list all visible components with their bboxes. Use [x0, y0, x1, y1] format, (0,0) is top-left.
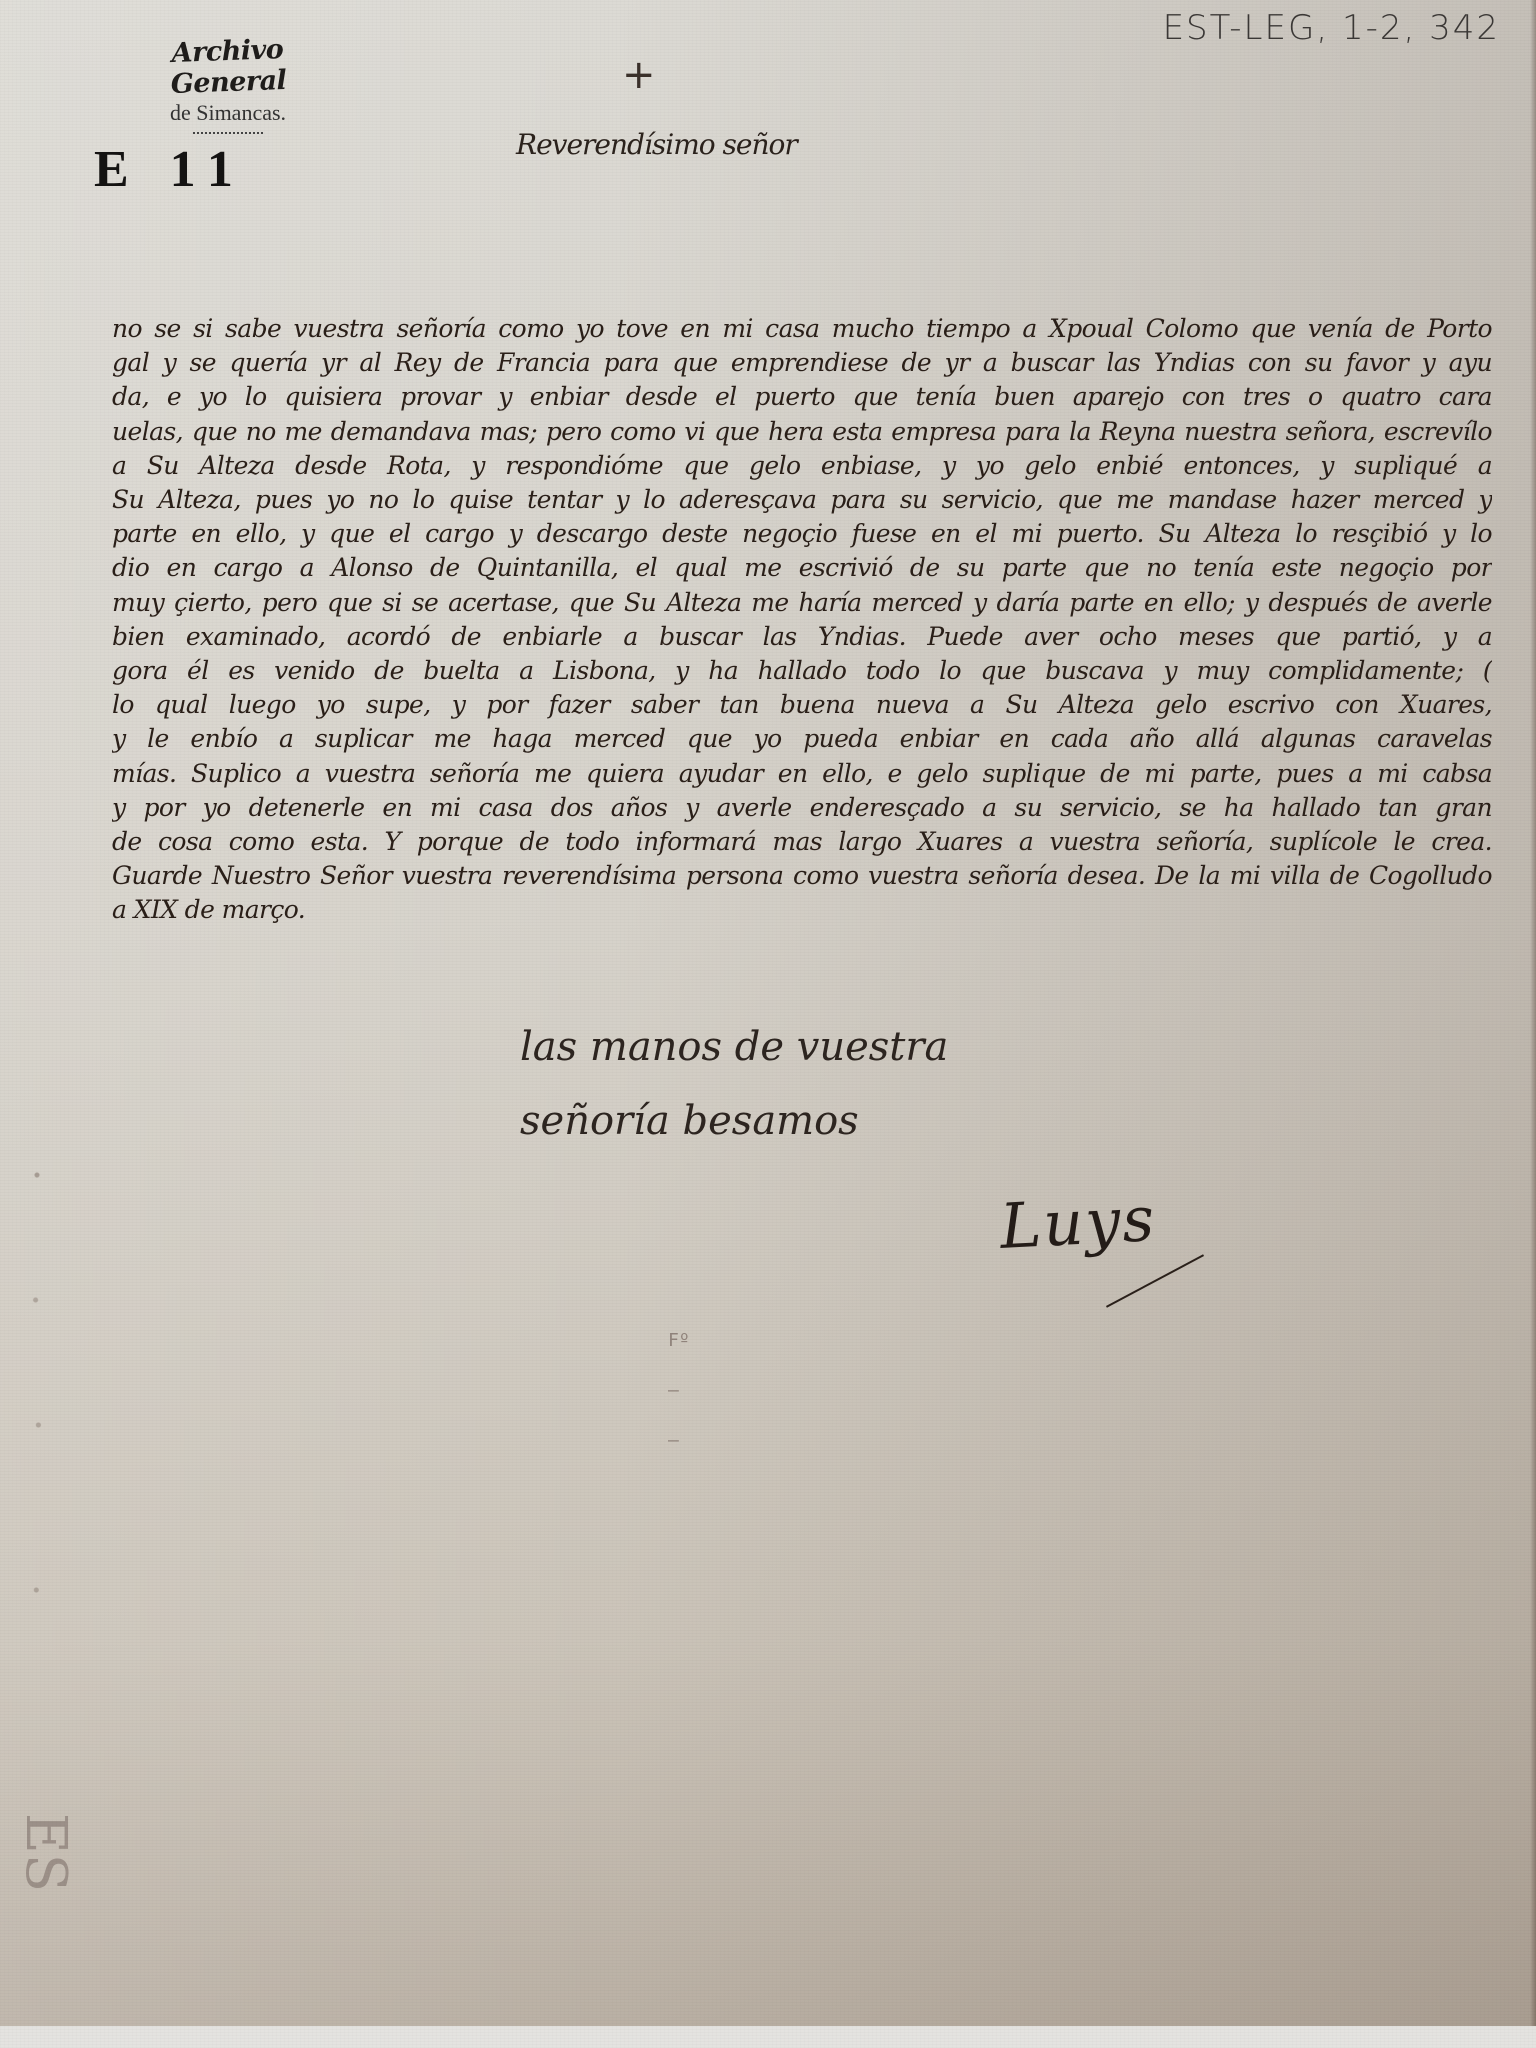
faint-archival-marks: Fº — –: [668, 1316, 728, 1466]
pencil-reference: EST-LEG, 1-2, 342: [1163, 8, 1500, 48]
body-line: Guarde Nuestro Señor vuestra reverendísi…: [112, 859, 1492, 893]
body-line: bien examinado, acordó de enbiarle a bus…: [112, 620, 1492, 654]
archive-stamp-title: Archivo General: [117, 32, 339, 102]
body-line: y por yo detenerle en mi casa dos años y…: [112, 791, 1492, 825]
closing-line: señoría besamos: [520, 1084, 948, 1158]
archive-stamp-subtitle: de Simancas.: [118, 100, 338, 126]
body-line: lo qual luego yo supe, y por fazer saber…: [112, 688, 1492, 722]
body-line: a Su Alteza desde Rota, y respondióme qu…: [112, 449, 1492, 483]
signature: Luys: [998, 1182, 1158, 1263]
stamp-rule-divider: [193, 132, 263, 134]
salutation: Reverendísimo señor: [516, 128, 797, 161]
signature-rubric-stroke: [1106, 1254, 1204, 1307]
manuscript-page: Archivo General de Simancas. E 11 EST-LE…: [0, 0, 1536, 2048]
body-line: a XIX de março.: [112, 893, 1492, 927]
body-line: dio en cargo a Alonso de Quintanilla, el…: [112, 551, 1492, 585]
body-line: parte en ello, y que el cargo y descargo…: [112, 517, 1492, 551]
closing-line: las manos de vuestra: [520, 1010, 948, 1084]
closing-formula: las manos de vuestra señoría besamos: [520, 1010, 948, 1158]
letter-body: no se si sabe vuestra señoría como yo to…: [112, 312, 1492, 928]
body-line: gal y se quería yr al Rey de Francia par…: [112, 346, 1492, 380]
cross-icon: +: [622, 52, 656, 98]
body-line: gora él es venido de buelta a Lisbona, y…: [112, 654, 1492, 688]
margin-smudge-mark: ES: [13, 1813, 78, 1892]
archive-stamp: Archivo General de Simancas.: [118, 36, 338, 134]
page-edge-shadow: [1530, 0, 1536, 2026]
body-line: mías. Suplico a vuestra señoría me quier…: [112, 757, 1492, 791]
faint-mark: —: [668, 1366, 728, 1416]
faint-mark: –: [668, 1416, 728, 1466]
body-line: no se si sabe vuestra señoría como yo to…: [112, 312, 1492, 346]
body-line: da, e yo lo quisiera provar y enbiar des…: [112, 380, 1492, 414]
body-line: Su Alteza, pues yo no lo quise tentar y …: [112, 483, 1492, 517]
margin-stains: [30, 1150, 44, 1650]
faint-mark: Fº: [668, 1316, 728, 1366]
legajo-mark: E 11: [94, 140, 247, 199]
body-line: uelas, que no me demandava mas; pero com…: [112, 415, 1492, 449]
body-line: de cosa como esta. Y porque de todo info…: [112, 825, 1492, 859]
body-line: y le enbío a suplicar me haga merced que…: [112, 722, 1492, 756]
body-line: muy çierto, pero que si se acertase, que…: [112, 586, 1492, 620]
page-bottom-border: [0, 2026, 1536, 2048]
